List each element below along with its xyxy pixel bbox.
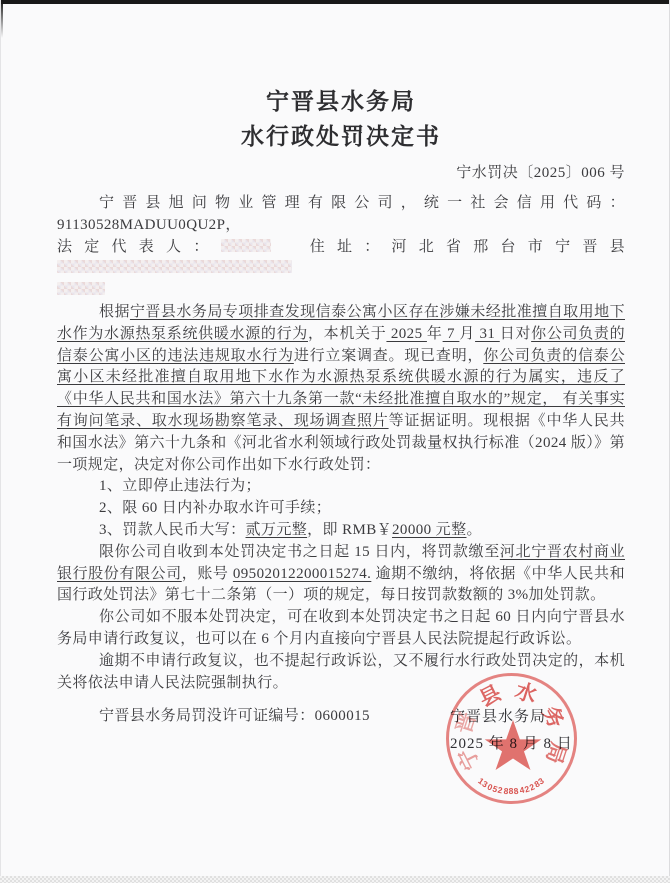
scan-top-edge — [0, 0, 670, 4]
star-icon — [484, 720, 542, 775]
paragraph-payment-instructions: 限你公司自收到本处罚决定书之日起 15 日内，将罚款缴至河北宁晋农村商业银行股份… — [57, 542, 625, 607]
seal-arc-char: 宁 — [454, 745, 484, 775]
seal-arc-char: 水 — [512, 679, 540, 707]
redacted-text — [57, 260, 292, 273]
page-title-line2: 水行政处罚决定书 — [57, 119, 625, 154]
paragraph-review-rights: 你公司如不服本处罚决定，可在收到本处罚决定书之日起 60 日内向宁晋县水务局申请… — [57, 607, 625, 651]
page-title-line1: 宁晋县水务局 — [57, 84, 625, 119]
penalty-item-3: 3、罚款人民币大写：贰万元整，即 RMB￥20000 元整。 — [57, 520, 625, 542]
official-seal: 宁晋县水务局 1305288842283 — [446, 673, 577, 804]
seal-arc-char: 局 — [542, 739, 570, 767]
document-page: 宁晋县水务局 水行政处罚决定书 宁水罚决〔2025〕006 号 宁晋县旭问物业管… — [0, 0, 670, 883]
seal-arc-char: 务 — [538, 702, 568, 732]
scan-bottom-edge — [0, 876, 670, 883]
penalty-item-2: 2、限 60 日内补办取水许可手续； — [57, 498, 625, 520]
paragraph-case-findings: 根据宁晋县水务局专项排查发现信泰公寓小区存在涉嫌未经批准擅自取用地下水作为水源热… — [57, 302, 625, 476]
penalty-item-1: 1、立即停止违法行为； — [57, 476, 625, 498]
seal-arc-char: 县 — [475, 681, 505, 711]
doc-number: 宁水罚决〔2025〕006 号 — [57, 162, 625, 184]
paragraph-recipient-info: 宁晋县旭问物业管理有限公司，统一社会信用代码：91130528MADUU0QU2… — [57, 193, 625, 302]
redacted-text — [221, 239, 271, 252]
scan-left-edge — [0, 0, 1, 883]
redacted-text — [57, 282, 105, 295]
document-body: 宁晋县水务局 水行政处罚决定书 宁水罚决〔2025〕006 号 宁晋县旭问物业管… — [57, 84, 625, 728]
seal-arc-char: 晋 — [452, 710, 480, 738]
